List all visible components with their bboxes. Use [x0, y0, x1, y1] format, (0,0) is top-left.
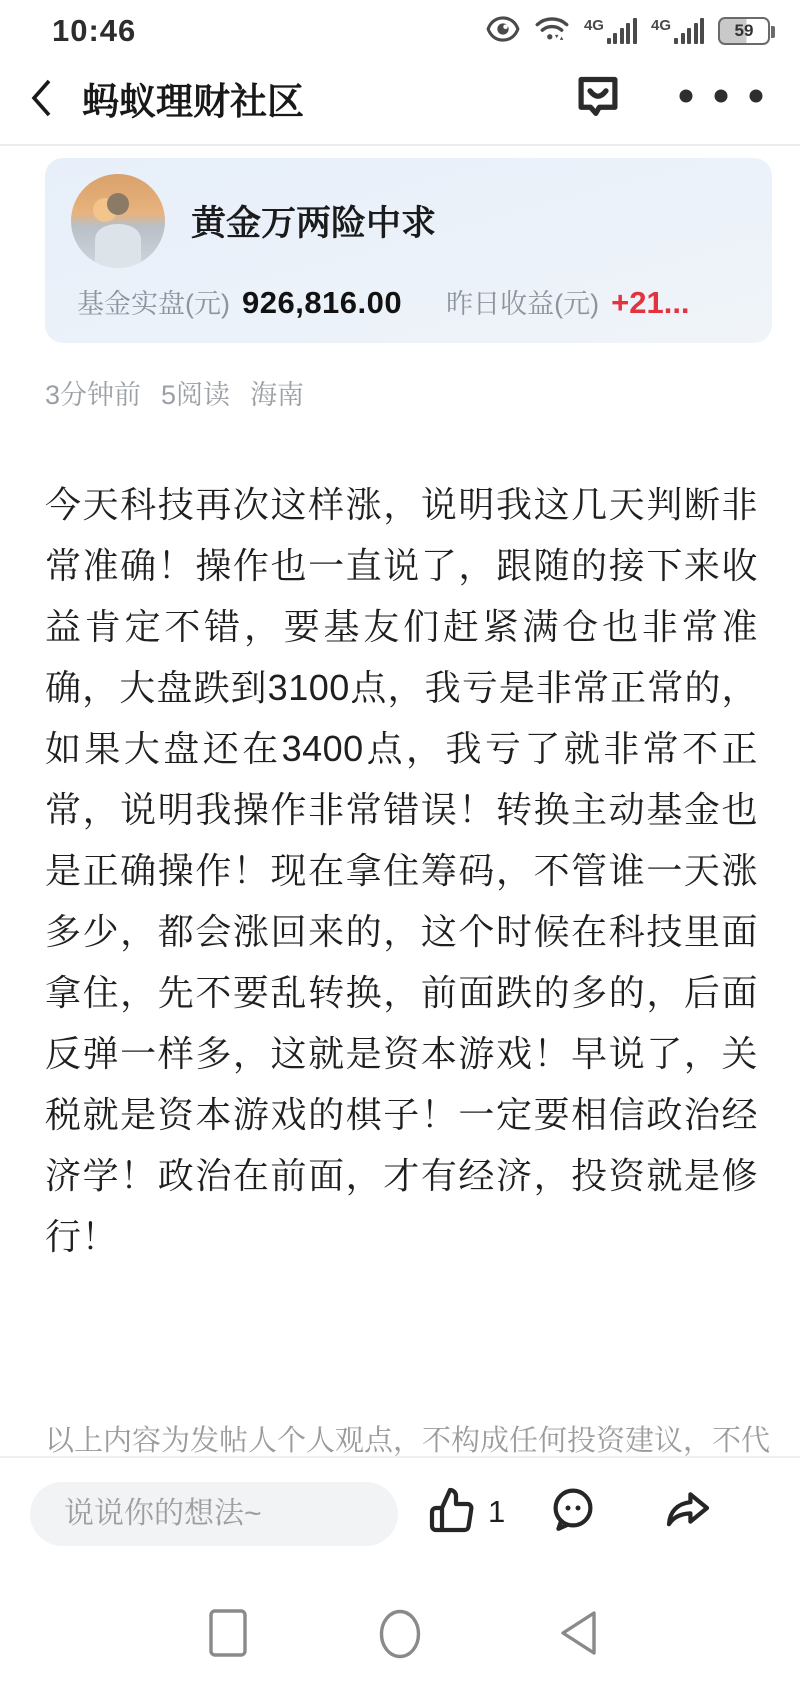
- like-button[interactable]: 1: [428, 1486, 505, 1534]
- header-divider: [0, 144, 800, 146]
- app-screen: 10:46 4G: [0, 0, 800, 1689]
- share-button[interactable]: [664, 1486, 714, 1534]
- battery-icon: 59: [718, 17, 770, 45]
- thumbs-up-icon: [428, 1486, 476, 1534]
- signal-icon-1: 4G: [584, 18, 637, 44]
- home-circle-icon: [378, 1608, 422, 1660]
- status-icons: 4G 4G 59: [486, 15, 770, 48]
- home-button[interactable]: [378, 1608, 422, 1665]
- wifi-icon: [534, 15, 570, 48]
- post-time: 3分钟前: [45, 373, 141, 412]
- like-count: 1: [488, 1494, 505, 1530]
- avatar[interactable]: [71, 174, 165, 268]
- fund-value: 926,816.00: [242, 285, 402, 321]
- status-bar: 10:46 4G: [0, 0, 800, 52]
- eye-protection-icon: [486, 16, 520, 47]
- page-title: 蚂蚁理财社区: [82, 71, 572, 125]
- comment-bar: 1: [0, 1456, 800, 1570]
- post-body: 今天科技再次这样涨，说明我这几天判断非常准确！操作也一直说了，跟随的接下来收益肯…: [45, 474, 758, 1267]
- author-name[interactable]: 黄金万两险中求: [191, 196, 436, 246]
- clock: 10:46: [52, 13, 136, 49]
- share-arrow-icon: [664, 1486, 714, 1534]
- back-button[interactable]: [28, 74, 68, 122]
- chevron-left-icon: [28, 76, 54, 120]
- more-options-icon[interactable]: [676, 87, 766, 110]
- fund-label: 基金实盘(元): [77, 282, 230, 321]
- post-meta: 3分钟前 5阅读 海南: [45, 373, 755, 412]
- message-smile-icon[interactable]: [572, 70, 624, 127]
- author-card[interactable]: 黄金万两险中求 基金实盘(元) 926,816.00 昨日收益(元) +21..…: [45, 158, 772, 343]
- android-nav-bar: [0, 1570, 800, 1689]
- comment-button[interactable]: [548, 1486, 596, 1534]
- post-reads: 5阅读: [161, 373, 230, 412]
- recents-button[interactable]: [208, 1608, 248, 1663]
- yesterday-label: 昨日收益(元): [446, 282, 599, 321]
- yesterday-value: +21...: [611, 285, 689, 321]
- back-triangle-icon: [558, 1608, 602, 1658]
- nav-back-button[interactable]: [558, 1608, 602, 1663]
- author-stats: 基金实盘(元) 926,816.00 昨日收益(元) +21...: [71, 282, 746, 321]
- recents-square-icon: [208, 1608, 248, 1658]
- signal-icon-2: 4G: [651, 18, 704, 44]
- header: 蚂蚁理财社区: [0, 52, 800, 144]
- comment-input[interactable]: [30, 1482, 398, 1546]
- post-location: 海南: [250, 373, 304, 412]
- disclaimer-text: 以上内容为发帖人个人观点，不构成任何投资建议，不代: [45, 1418, 780, 1459]
- comment-bubble-icon: [548, 1486, 596, 1534]
